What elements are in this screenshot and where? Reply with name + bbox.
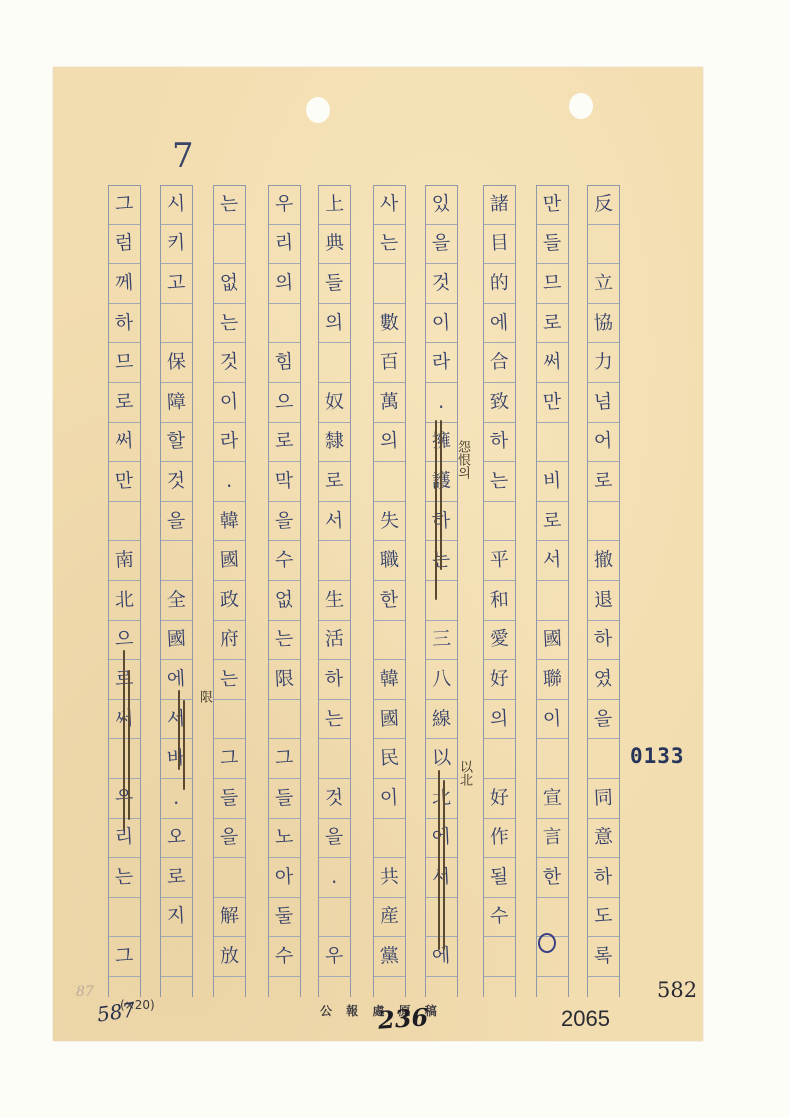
handwritten-char: 리	[275, 234, 294, 254]
handwritten-char: 致	[490, 392, 510, 412]
grid-cell: 오	[161, 819, 192, 859]
grid-cell: 그	[214, 739, 245, 779]
grid-cell: 것	[319, 779, 350, 819]
grid-cell: 障	[161, 383, 192, 423]
grid-cell: 였	[588, 660, 619, 700]
grid-cell	[214, 225, 245, 265]
grid-cell: 아	[269, 858, 300, 898]
grid-cell: 그	[109, 937, 140, 977]
handwritten-char: 될	[490, 867, 509, 887]
grid-cell: 로	[109, 383, 140, 423]
handwritten-char: 放	[220, 947, 240, 967]
grid-cell: 수	[269, 541, 300, 581]
grid-cell: 失	[374, 502, 405, 542]
grid-cell	[537, 423, 568, 463]
grid-cell: .	[319, 858, 350, 898]
handwritten-char: 南	[115, 551, 135, 571]
grid-cell	[319, 898, 350, 938]
grid-cell: 南	[109, 541, 140, 581]
grid-cell: 愛	[484, 621, 515, 661]
handwritten-char: 全	[167, 590, 187, 610]
grid-cell: 協	[588, 304, 619, 344]
handwritten-char: 고	[167, 274, 186, 294]
grid-cell: 힘	[269, 343, 300, 383]
grid-cell: 므	[537, 264, 568, 304]
grid-cell: 三	[426, 621, 457, 661]
strike-mark	[440, 420, 442, 570]
grid-cell: 이	[214, 383, 245, 423]
handwritten-char: 隸	[325, 432, 345, 452]
grid-cell: 막	[269, 462, 300, 502]
grid-cell: 만	[537, 383, 568, 423]
grid-cell	[426, 581, 457, 621]
handwritten-char: 愛	[490, 630, 510, 650]
grid-cell: 수	[269, 937, 300, 977]
handwritten-char: 力	[594, 353, 614, 373]
grid-cell: 할	[161, 423, 192, 463]
handwritten-char: 리	[115, 828, 134, 848]
grid-cell: 있	[426, 185, 457, 225]
handwritten-char: 써	[543, 353, 562, 373]
grid-cell: 好	[484, 779, 515, 819]
grid-cell: 로	[269, 423, 300, 463]
handwritten-char: 의	[490, 709, 509, 729]
grid-cell	[109, 502, 140, 542]
grid-cell: 國	[161, 621, 192, 661]
handwritten-char: 府	[220, 630, 240, 650]
grid-cell: 韓	[214, 502, 245, 542]
grid-cell	[374, 819, 405, 859]
handwritten-char: 므	[115, 353, 134, 373]
grid-cell	[319, 739, 350, 779]
faint-pencil-note: 87	[76, 984, 94, 1000]
handwritten-char: 들	[220, 788, 239, 808]
handwritten-char: 것	[167, 471, 186, 491]
grid-cell: .	[161, 779, 192, 819]
grid-cell: 노	[269, 819, 300, 859]
handwritten-char: 므	[543, 274, 562, 294]
handwritten-char: 韓	[380, 669, 400, 689]
grid-cell: 는	[319, 700, 350, 740]
grid-cell: 致	[484, 383, 515, 423]
handwritten-char: 는	[220, 313, 239, 333]
handwritten-char: 것	[220, 353, 239, 373]
grid-cell: 立	[588, 264, 619, 304]
grid-cell: 로	[161, 858, 192, 898]
handwritten-char: 黨	[380, 947, 400, 967]
grid-cell: 産	[374, 898, 405, 938]
handwritten-char: 둘	[275, 907, 294, 927]
grid-cell: 로	[588, 462, 619, 502]
grid-cell: 시	[161, 185, 192, 225]
handwritten-char: 反	[594, 195, 614, 215]
handwritten-char: 는	[220, 195, 239, 215]
handwritten-char: 그	[220, 749, 239, 769]
handwritten-char: .	[331, 868, 338, 887]
grid-cell: 서	[537, 541, 568, 581]
grid-cell: 서	[161, 700, 192, 740]
grid-cell: 黨	[374, 937, 405, 977]
grid-cell: 政	[214, 581, 245, 621]
grid-cell: 諸	[484, 185, 515, 225]
handwritten-char: 서	[432, 867, 451, 887]
manuscript-column: 시키고保障할것을全國에서바.오로지	[160, 185, 193, 997]
grid-cell: 키	[161, 225, 192, 265]
grid-cell: 의	[269, 264, 300, 304]
grid-cell	[588, 739, 619, 779]
grid-cell: 民	[374, 739, 405, 779]
handwritten-char: 을	[167, 511, 186, 531]
grid-cell	[214, 700, 245, 740]
grid-cell: 和	[484, 581, 515, 621]
handwritten-char: 로	[594, 471, 613, 491]
handwritten-char: 만	[115, 471, 134, 491]
grid-cell: 는	[109, 858, 140, 898]
handwritten-char: 라	[220, 432, 239, 452]
grid-cell: 意	[588, 819, 619, 859]
handwritten-char: 을	[220, 828, 239, 848]
grid-cell: 을	[214, 819, 245, 859]
handwritten-char: 共	[380, 867, 400, 887]
handwritten-char: 지	[167, 907, 186, 927]
handwritten-char: 國	[543, 630, 563, 650]
handwritten-char: 들	[275, 788, 294, 808]
handwritten-char: 이	[432, 313, 451, 333]
grid-cell: 韓	[374, 660, 405, 700]
grid-cell: 것	[214, 343, 245, 383]
strike-mark	[183, 700, 185, 790]
grid-cell	[374, 621, 405, 661]
handwritten-page-number: 236	[377, 1002, 429, 1034]
grid-cell	[484, 937, 515, 977]
handwritten-char: 平	[490, 551, 510, 571]
page-number-stamp: 582	[657, 978, 697, 1002]
grid-cell	[537, 898, 568, 938]
grid-cell: 께	[109, 264, 140, 304]
grid-cell: 平	[484, 541, 515, 581]
handwritten-char: 아	[275, 867, 294, 887]
handwritten-char: 키	[167, 234, 186, 254]
handwritten-char: 同	[594, 788, 614, 808]
handwritten-char: 만	[543, 195, 562, 215]
document-id-stamp: 0133	[630, 744, 685, 768]
manuscript-column: 는없는것이라.韓國政府는그들을解放	[213, 185, 246, 997]
handwritten-char: .	[226, 472, 233, 491]
grid-cell: 府	[214, 621, 245, 661]
strike-mark	[435, 420, 437, 600]
handwritten-char: 以	[432, 749, 452, 769]
handwritten-char: 시	[167, 195, 186, 215]
handwritten-char: 에	[432, 828, 451, 848]
grid-cell: 없	[214, 264, 245, 304]
grid-cell	[537, 739, 568, 779]
handwritten-char: 는	[275, 630, 294, 650]
handwritten-char: 合	[490, 353, 510, 373]
grid-cell: 에	[426, 819, 457, 859]
grid-cell: 限	[269, 660, 300, 700]
handwritten-char: 聯	[543, 669, 563, 689]
handwritten-char: 韓	[220, 511, 240, 531]
grid-cell: 한	[537, 858, 568, 898]
grid-cell: 하	[588, 858, 619, 898]
handwritten-char: 好	[490, 669, 510, 689]
handwritten-char: 上	[325, 195, 345, 215]
grid-cell: 들	[269, 779, 300, 819]
grid-cell: 것	[426, 264, 457, 304]
margin-note: 以北	[455, 760, 474, 786]
handwritten-char: 는	[220, 669, 239, 689]
handwritten-char: 限	[275, 669, 295, 689]
grid-cell: 없	[269, 581, 300, 621]
grid-cell: 百	[374, 343, 405, 383]
grid-cell: 上	[319, 185, 350, 225]
handwritten-char: 는	[325, 709, 344, 729]
grid-cell: 放	[214, 937, 245, 977]
handwritten-char: 라	[432, 353, 451, 373]
grid-cell: 聯	[537, 660, 568, 700]
grid-cell: .	[426, 383, 457, 423]
handwritten-char: 失	[380, 511, 400, 531]
handwritten-char: 막	[275, 471, 294, 491]
grid-cell: 는	[374, 225, 405, 265]
grid-cell: 들	[537, 225, 568, 265]
handwritten-char: 사	[380, 195, 399, 215]
grid-cell: 럼	[109, 225, 140, 265]
handwritten-char: 의	[325, 313, 344, 333]
margin-note: 怨恨의	[453, 440, 472, 479]
handwritten-char: 을	[325, 828, 344, 848]
grid-cell: 리	[269, 225, 300, 265]
handwritten-char: 意	[594, 828, 614, 848]
grid-cell	[269, 304, 300, 344]
grid-cell: 그	[109, 185, 140, 225]
grid-cell: 지	[161, 898, 192, 938]
grid-cell: 이	[426, 304, 457, 344]
grid-cell: 우	[319, 937, 350, 977]
handwritten-char: 生	[325, 590, 345, 610]
grid-cell: 로	[319, 462, 350, 502]
handwritten-char: 에	[432, 947, 451, 967]
handwritten-char: 들	[543, 234, 562, 254]
grid-cell: 同	[588, 779, 619, 819]
handwritten-char: 있	[432, 195, 451, 215]
grid-cell: 職	[374, 541, 405, 581]
handwritten-char: 三	[432, 630, 452, 650]
grid-cell: 는	[214, 304, 245, 344]
grid-cell: 라	[426, 343, 457, 383]
grid-cell	[109, 898, 140, 938]
grid-cell: 의	[319, 304, 350, 344]
grid-cell: 도	[588, 898, 619, 938]
grid-cell: 에	[484, 304, 515, 344]
grid-cell: 八	[426, 660, 457, 700]
handwritten-char: 을	[275, 511, 294, 531]
grid-cell	[484, 502, 515, 542]
grid-cell: 典	[319, 225, 350, 265]
handwritten-char: 民	[380, 749, 400, 769]
manuscript-column: 우리의힘으로막을수없는限그들노아둘수	[268, 185, 301, 997]
handwritten-char: 諸	[490, 195, 510, 215]
handwritten-char: 北	[115, 590, 135, 610]
grid-cell: 써	[537, 343, 568, 383]
handwritten-char: 로	[543, 313, 562, 333]
grid-cell: 宣	[537, 779, 568, 819]
grid-cell: .	[214, 462, 245, 502]
grid-cell: 을	[161, 502, 192, 542]
handwritten-char: 수	[275, 551, 294, 571]
handwritten-char: 서	[325, 511, 344, 531]
grid-cell: 라	[214, 423, 245, 463]
grid-cell: 의	[484, 700, 515, 740]
handwritten-char: 好	[490, 788, 510, 808]
grid-cell: 것	[161, 462, 192, 502]
grid-cell: 한	[374, 581, 405, 621]
handwritten-char: 和	[490, 590, 510, 610]
grid-cell	[374, 264, 405, 304]
grid-cell: 을	[319, 819, 350, 859]
grid-cell: 는	[484, 462, 515, 502]
handwritten-char: .	[438, 393, 445, 412]
handwritten-char: 北	[432, 788, 452, 808]
handwritten-char: 그	[115, 195, 134, 215]
grid-cell: 어	[588, 423, 619, 463]
grid-cell	[319, 343, 350, 383]
handwritten-char: 하	[325, 669, 344, 689]
grid-cell: 目	[484, 225, 515, 265]
handwritten-char: 을	[432, 234, 451, 254]
grid-cell: 以	[426, 739, 457, 779]
handwritten-char: 活	[325, 630, 345, 650]
grid-cell: 作	[484, 819, 515, 859]
handwritten-char: 도	[594, 907, 613, 927]
grid-cell: 는	[214, 185, 245, 225]
handwritten-char: 을	[594, 709, 613, 729]
handwritten-char: 것	[325, 788, 344, 808]
handwritten-char: 우	[275, 195, 294, 215]
grid-cell	[161, 937, 192, 977]
grid-cell: 로	[537, 304, 568, 344]
handwritten-char: 撤	[594, 551, 614, 571]
grid-cell: 生	[319, 581, 350, 621]
handwritten-char: 國	[380, 709, 400, 729]
grid-cell: 國	[374, 700, 405, 740]
handwritten-char: 이	[220, 392, 239, 412]
handwritten-char: 하	[490, 432, 509, 452]
handwritten-char: 退	[594, 590, 614, 610]
grid-cell: 하	[588, 621, 619, 661]
manuscript-column: 만들므로써만비로서國聯이宣言한	[536, 185, 569, 997]
grid-cell: 國	[214, 541, 245, 581]
grid-cell	[161, 541, 192, 581]
handwritten-char: 수	[490, 907, 509, 927]
handwritten-char: 오	[167, 828, 186, 848]
grid-cell: 北	[109, 581, 140, 621]
handwritten-char: 힘	[275, 353, 294, 373]
handwritten-char: 그	[275, 749, 294, 769]
strike-mark	[123, 650, 125, 830]
handwritten-char: 수	[275, 947, 294, 967]
handwritten-char: 하	[594, 867, 613, 887]
handwritten-char: 들	[325, 274, 344, 294]
grid-cell: 둘	[269, 898, 300, 938]
grid-cell: 비	[537, 462, 568, 502]
handwritten-char: 로	[115, 392, 134, 412]
handwritten-char: 으	[115, 630, 134, 650]
grid-cell: 만	[537, 185, 568, 225]
grid-cell: 하	[109, 304, 140, 344]
handwritten-char: 協	[594, 313, 614, 333]
handwritten-char: 였	[594, 669, 613, 689]
grid-cell: 써	[109, 423, 140, 463]
strike-mark	[438, 770, 440, 950]
grid-cell: 서	[319, 502, 350, 542]
handwritten-char: 써	[115, 432, 134, 452]
grid-cell: 들	[319, 264, 350, 304]
grid-cell: 는	[269, 621, 300, 661]
handwritten-char: 障	[167, 392, 187, 412]
grid-cell: 그	[269, 739, 300, 779]
handwritten-char: 에	[490, 313, 509, 333]
grid-cell: 隸	[319, 423, 350, 463]
handwritten-char: 는	[380, 234, 399, 254]
handwritten-char: 우	[325, 947, 344, 967]
handwritten-char: 만	[543, 392, 562, 412]
handwritten-char: 할	[167, 432, 186, 452]
manuscript-column: 諸目的에合致하는平和愛好의好作될수	[483, 185, 516, 997]
strike-mark	[443, 780, 445, 950]
handwritten-char: 서	[543, 551, 562, 571]
handwritten-char: 한	[543, 867, 562, 887]
grid-cell	[426, 898, 457, 938]
handwritten-char: 國	[220, 551, 240, 571]
handwritten-char: 로	[543, 511, 562, 531]
handwritten-char: 로	[275, 432, 294, 452]
grid-cell: 言	[537, 819, 568, 859]
manuscript-column: 사는數百萬의失職한韓國民이共産黨	[373, 185, 406, 997]
handwritten-char: 作	[490, 828, 510, 848]
grid-cell: 넘	[588, 383, 619, 423]
strike-mark	[178, 690, 180, 770]
grid-cell: 線	[426, 700, 457, 740]
handwritten-char: 職	[380, 551, 400, 571]
handwritten-char: 國	[167, 630, 187, 650]
grid-cell: 수	[484, 898, 515, 938]
handwritten-char: 없	[220, 274, 239, 294]
handwritten-char: 것	[432, 274, 451, 294]
handwritten-char: 的	[490, 273, 510, 293]
scribble-mark	[538, 933, 556, 953]
handwritten-char: 노	[275, 828, 294, 848]
handwritten-char: 萬	[380, 392, 400, 412]
handwritten-char: 한	[380, 590, 399, 610]
grid-cell: 으	[269, 383, 300, 423]
grid-cell: 서	[426, 858, 457, 898]
handwritten-char: 線	[432, 709, 452, 729]
handwritten-char: 없	[275, 590, 294, 610]
grid-cell	[537, 581, 568, 621]
handwritten-char: 는	[490, 471, 509, 491]
grid-cell: 을	[426, 225, 457, 265]
handwritten-char: 하	[115, 313, 134, 333]
grid-cell: 로	[537, 502, 568, 542]
grid-cell: 數	[374, 304, 405, 344]
grid-cell: 共	[374, 858, 405, 898]
handwritten-char: 百	[380, 353, 400, 373]
grid-cell: 奴	[319, 383, 350, 423]
handwritten-char: 解	[220, 907, 240, 927]
manuscript-column: 反立協力넘어로撤退하였을同意하도록	[587, 185, 620, 997]
grid-cell: 反	[588, 185, 619, 225]
